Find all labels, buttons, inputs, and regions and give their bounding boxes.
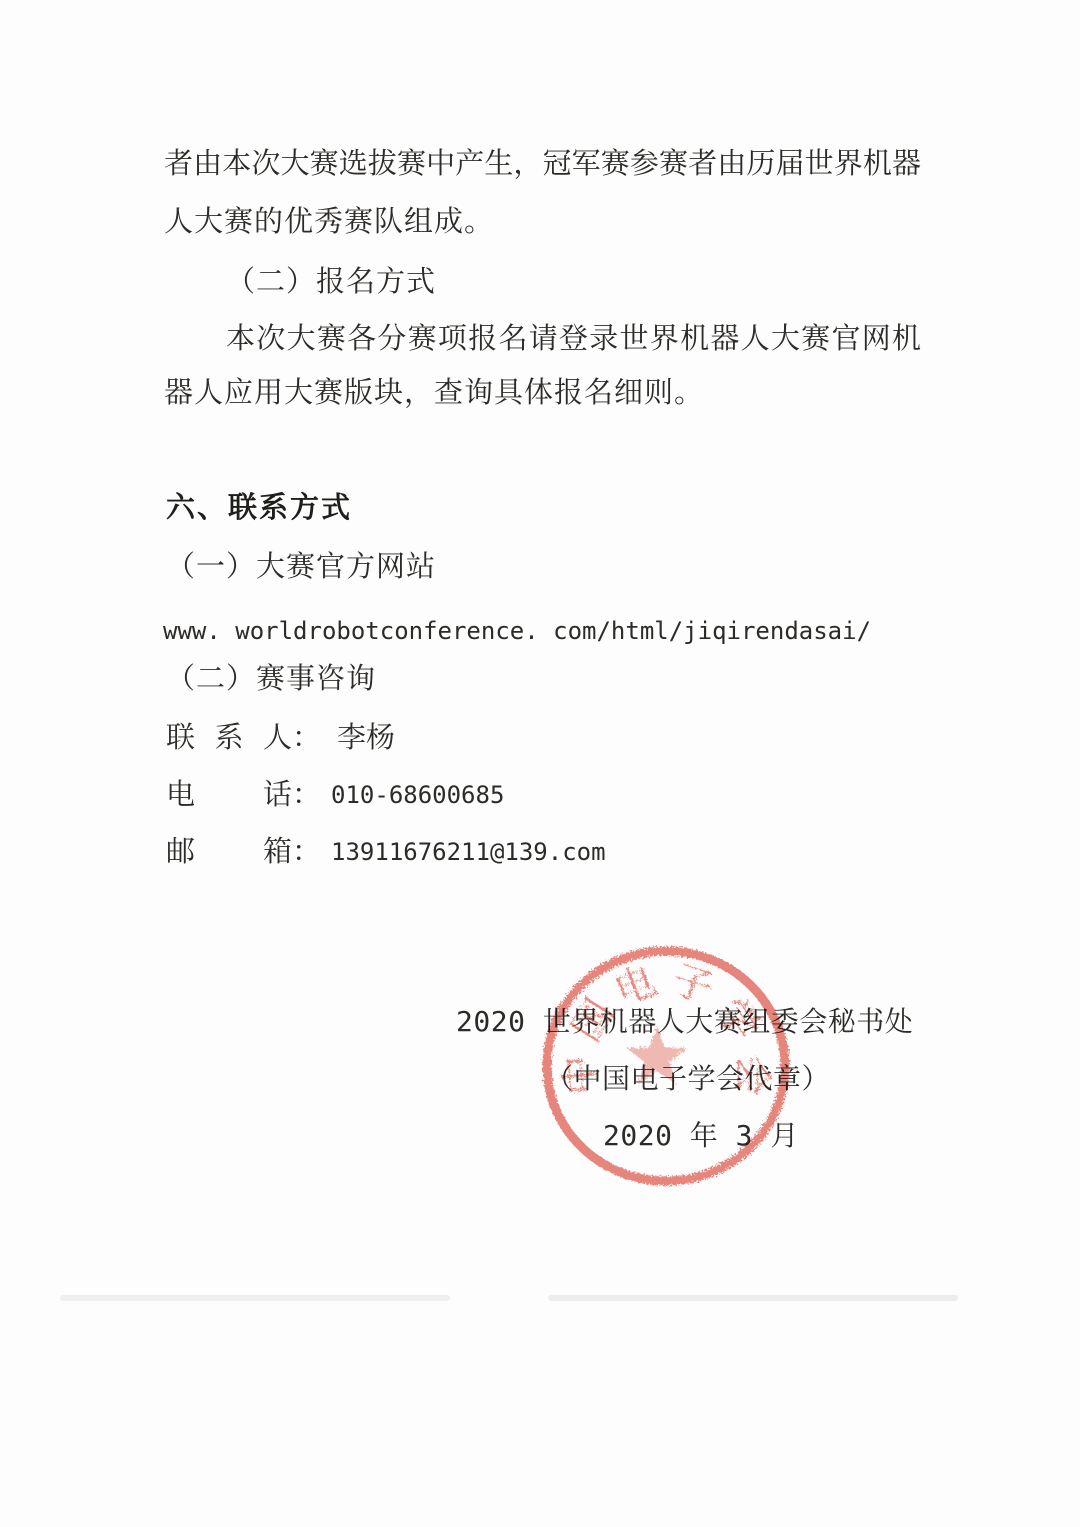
contact-value-email: 13911676211@139.com: [321, 838, 606, 866]
paragraph-line-4: 本次大赛各分赛项报名请登录世界机器人大赛官网机: [164, 322, 921, 356]
seal-star-icon: [627, 1026, 688, 1084]
subsection-heading-registration: （二）报名方式: [226, 265, 436, 299]
paragraph-line-2: 人大赛的优秀赛队组成。: [164, 205, 494, 239]
contact-colon: ：: [292, 835, 321, 869]
section-heading-contact: 六、联系方式: [166, 491, 352, 525]
contact-row-phone: 电话：010-68600685: [166, 778, 504, 813]
seal-arc-char: 子: [667, 957, 719, 1012]
document-page: 者由本次大赛选拔赛中产生，冠军赛参赛者由历届世界机器 人大赛的优秀赛队组成。 （…: [0, 0, 1080, 1527]
contact-row-person: 联系人：李杨: [166, 721, 395, 755]
seal-arc-char: 会: [727, 1053, 776, 1097]
contact-label: 联系人: [166, 721, 292, 755]
seal-arc-char: 中: [556, 1053, 605, 1097]
scan-artifact-streak: [548, 1295, 958, 1301]
contact-label: 电话: [166, 778, 292, 812]
paragraph-line-5: 器人应用大赛版块，查询具体报名细则。: [164, 376, 704, 410]
official-seal: 中 国 电 子 学 会: [540, 944, 792, 1190]
contact-colon: ：: [292, 721, 321, 755]
scan-artifact-streak: [60, 1295, 450, 1301]
contact-value-phone: 010-68600685: [321, 781, 504, 809]
contact-label: 邮箱: [166, 835, 292, 869]
subsection-heading-website: （一）大赛官方网站: [166, 550, 436, 584]
contact-colon: ：: [292, 778, 321, 812]
contact-row-email: 邮箱：13911676211@139.com: [166, 835, 606, 870]
paragraph-line-1: 者由本次大赛选拔赛中产生，冠军赛参赛者由历届世界机器: [164, 147, 921, 181]
website-url: www. worldrobotconference. com/html/jiqi…: [163, 614, 871, 648]
contact-value-person: 李杨: [321, 722, 395, 754]
subsection-heading-inquiry: （二）赛事咨询: [166, 662, 376, 696]
